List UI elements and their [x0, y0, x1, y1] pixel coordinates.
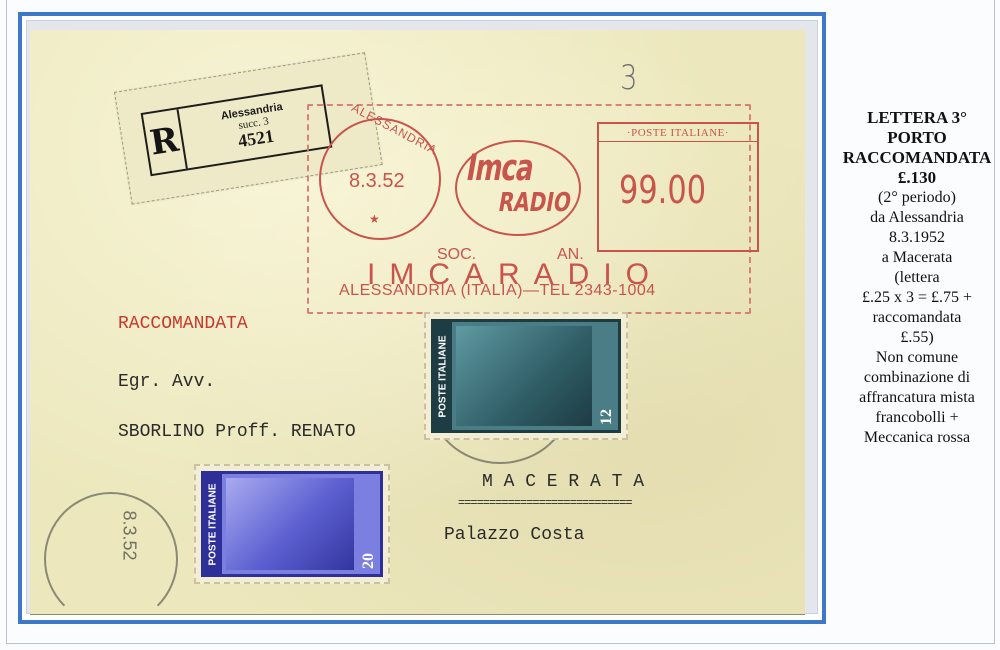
imcaradio-logo: Imca RADIO: [455, 140, 577, 232]
star-icon: ★: [369, 212, 380, 227]
registration-number: 4521: [237, 127, 276, 151]
stamp-12-lire: POSTE ITALIANE LIRE 12: [424, 312, 628, 440]
meter-mark: ALESSANDRIA 8.3.52 ★ Imca RADIO ·POSTE I…: [307, 104, 759, 314]
address-street: Palazzo Costa: [444, 525, 584, 545]
meter-value-box: ·POSTE ITALIANE· 99.00: [597, 122, 759, 252]
address-underline: ============================: [458, 496, 632, 510]
meter-date: 8.3.52: [349, 170, 405, 193]
stamp-illustration: [226, 478, 354, 570]
stamp-illustration: [456, 326, 592, 426]
address-city: M A C E R A T A: [482, 472, 644, 492]
address-salutation: Egr. Avv.: [118, 372, 215, 392]
album-caption: LETTERA 3° PORTO RACCOMANDATA £.130 (2° …: [838, 108, 996, 448]
meter-value: 99.00: [619, 168, 706, 212]
pencil-note: 3: [620, 58, 637, 98]
service-label: RACCOMANDATA: [118, 314, 248, 334]
postmark-alessandria: [44, 492, 178, 626]
address-name: SBORLINO Proff. RENATO: [118, 422, 356, 442]
meter-address: ALESSANDRIA (ITALIA)—TEL 2343-1004: [339, 282, 656, 300]
stamp-20-lire: POSTE ITALIANE LIRE 20: [194, 464, 390, 584]
meter-header: ·POSTE ITALIANE·: [599, 127, 757, 142]
